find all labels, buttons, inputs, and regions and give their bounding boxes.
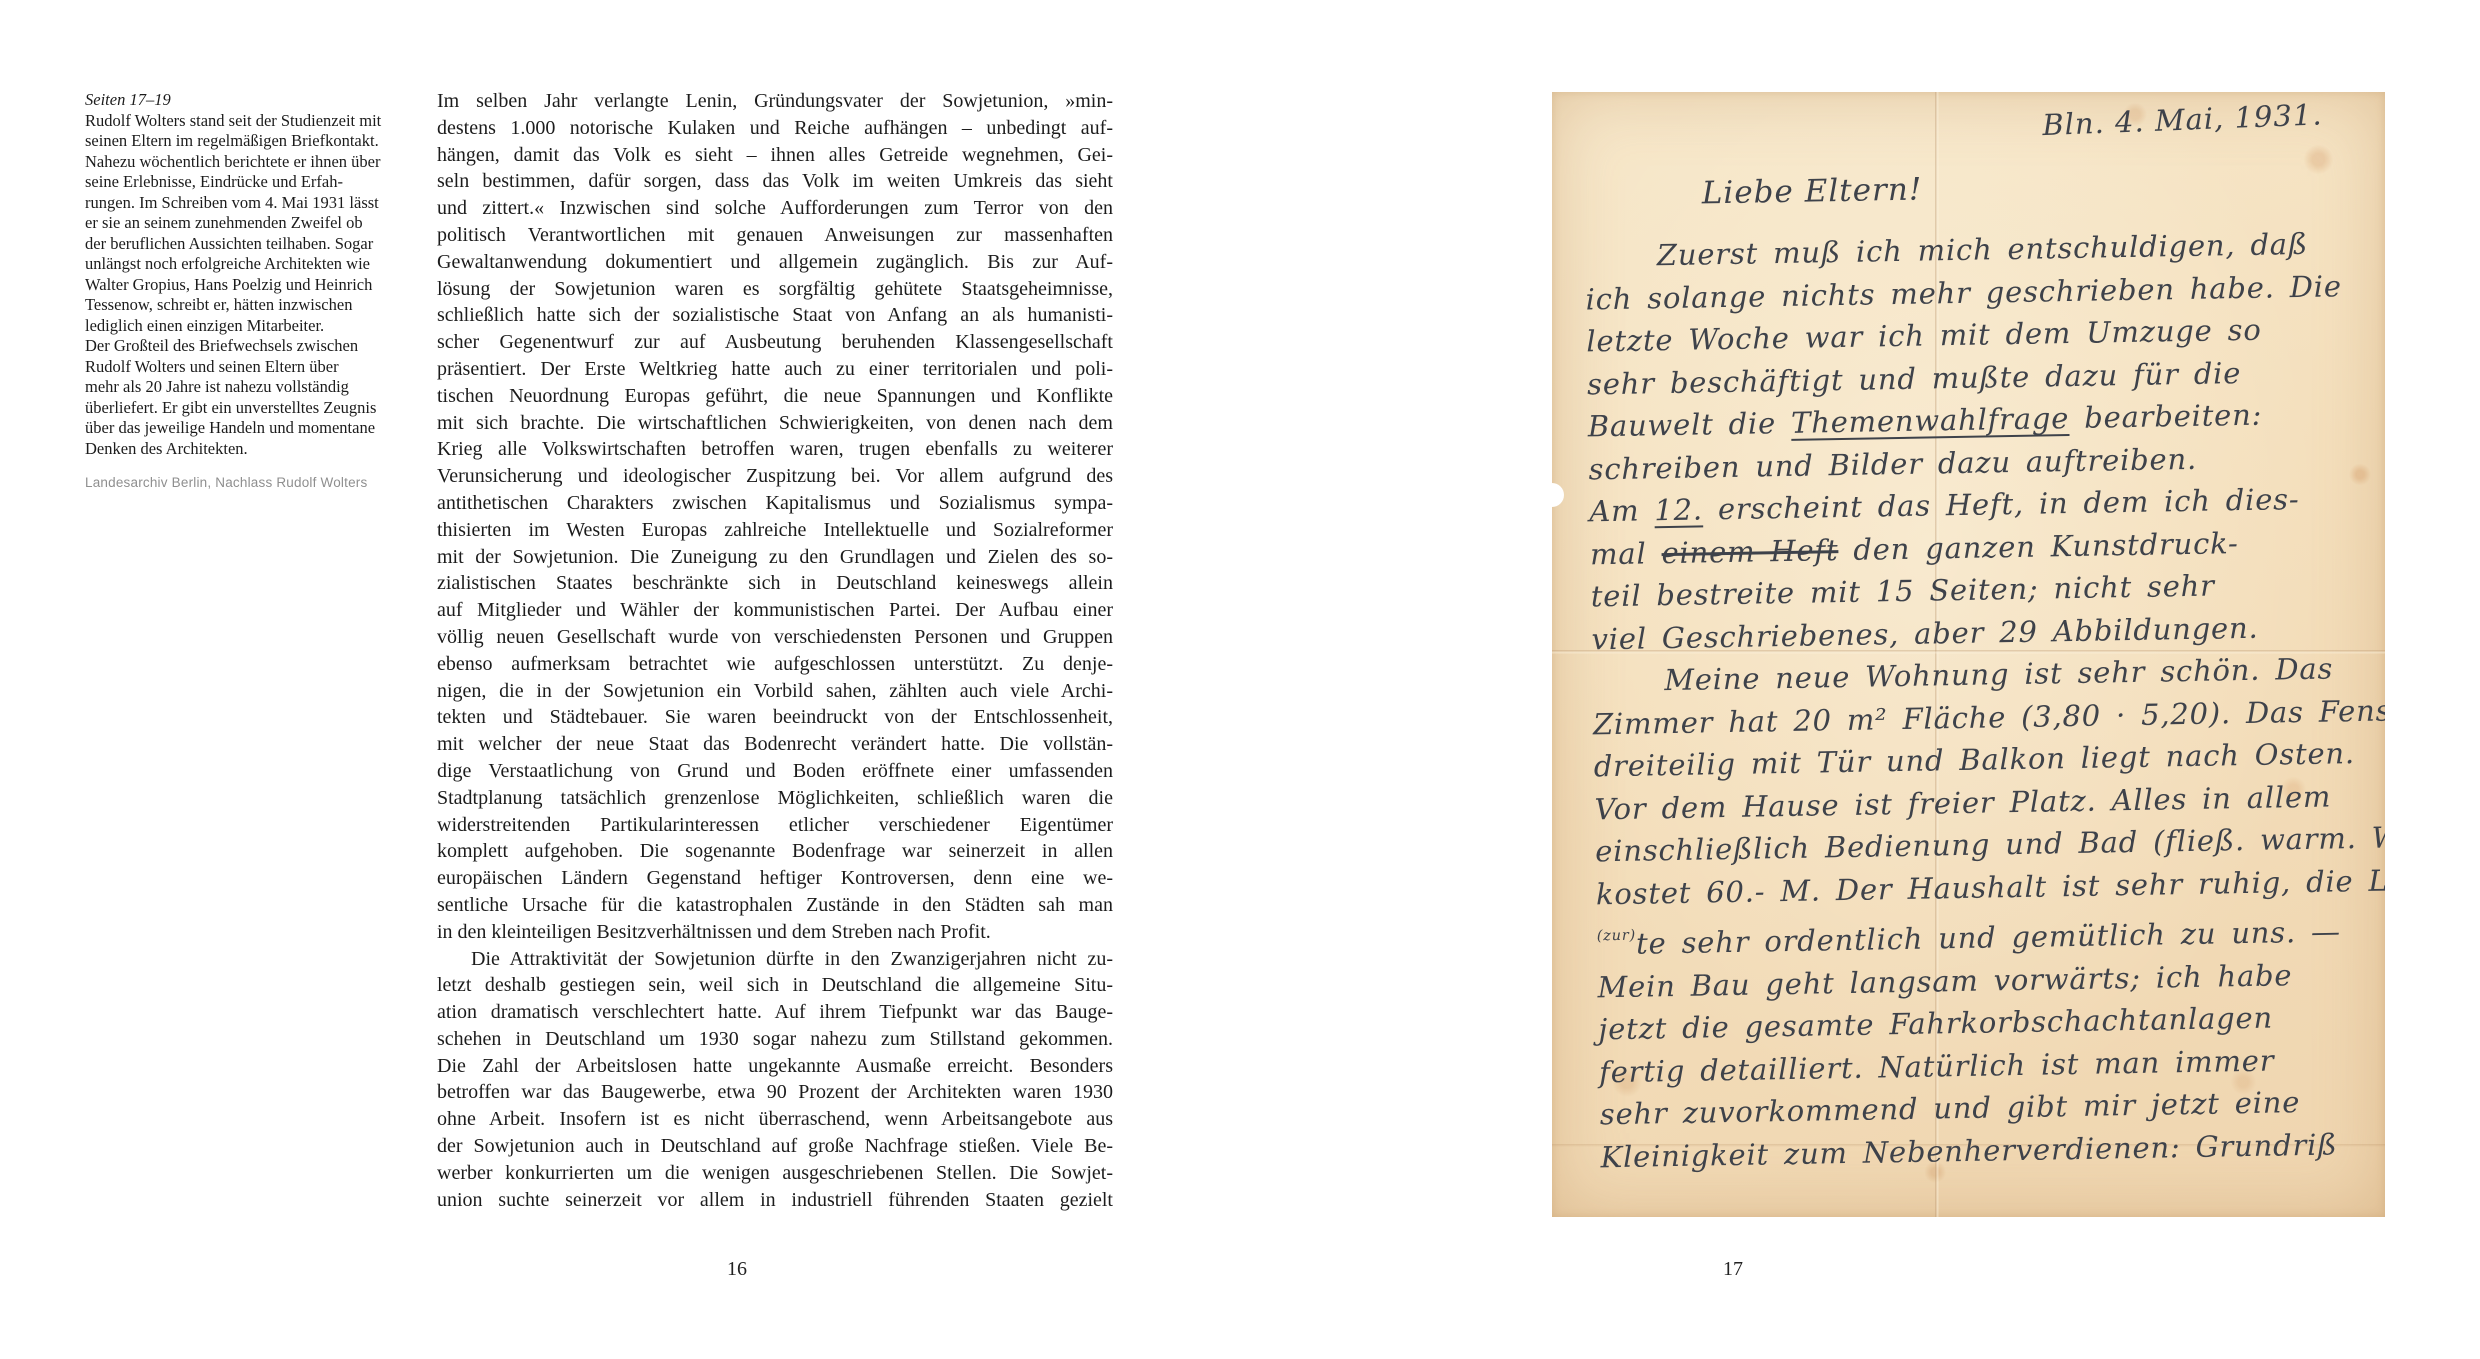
text-line: mit sich brachte. Die wirtschaftlichen S… — [437, 410, 1113, 437]
main-text-column: Im selben Jahr verlangte Lenin, Gründung… — [437, 88, 1113, 1213]
text-line: scher Gegenentwurf zur auf Ausbeutung be… — [437, 329, 1113, 356]
text-line: antithetischen Charakters zwischen Kapit… — [437, 490, 1113, 517]
text-line: seine Erlebnisse, Eindrücke und Erfah- — [85, 172, 430, 193]
text-line: Die Zahl der Arbeitslosen hatte ungekann… — [437, 1053, 1113, 1080]
text-line: lösung der Sowjetunion waren es sorgfält… — [437, 276, 1113, 303]
text-line: über das jeweilige Handeln und momentane — [85, 418, 430, 439]
paragraph-1: Im selben Jahr verlangte Lenin, Gründung… — [437, 88, 1113, 946]
letter-handwriting: Bln. 4. Mai, 1931. Liebe Eltern! Zuerst … — [1552, 92, 2385, 1179]
letter-salutation: Liebe Eltern! — [1701, 164, 2379, 212]
text-line: widerstreitenden Partikularinteressen et… — [437, 812, 1113, 839]
text-line: letzt deshalb gestiegen sein, weil sich … — [437, 972, 1113, 999]
text-line: der Sowjetunion auch in Deutschland auf … — [437, 1133, 1113, 1160]
text-line: tekten und Städtebauer. Sie waren beeind… — [437, 704, 1113, 731]
text-line: Stadtplanung tatsächlich grenzenlose Mög… — [437, 785, 1113, 812]
page-number-left: 16 — [687, 1258, 787, 1281]
text-line: seln bestimmen, dafür sorgen, dass das V… — [437, 168, 1113, 195]
page-number-right: 17 — [1683, 1258, 1783, 1281]
text-line: ohne Arbeit. Insofern ist es nicht überr… — [437, 1106, 1113, 1133]
letter-scan: Bln. 4. Mai, 1931. Liebe Eltern! Zuerst … — [1552, 92, 2385, 1217]
text-line: überliefert. Er gibt ein unverstelltes Z… — [85, 398, 430, 419]
marginal-note-heading: Seiten 17–19 — [85, 90, 430, 111]
text-line: Nahezu wöchentlich berichtete er ihnen ü… — [85, 152, 430, 173]
letter-body: Zuerst muß ich mich entschuldigen, daßic… — [1585, 222, 2385, 1179]
paragraph-2: Die Attraktivität der Sowjetunion dürfte… — [437, 946, 1113, 1214]
marginal-note: Seiten 17–19 Rudolf Wolters stand seit d… — [85, 90, 430, 490]
text-line: nigen, die in der Sowjetunion ein Vorbil… — [437, 678, 1113, 705]
archive-credit: Landesarchiv Berlin, Nachlass Rudolf Wol… — [85, 475, 430, 490]
text-line: Krieg alle Volkswirtschaften betroffen w… — [437, 436, 1113, 463]
text-line: völlig neuen Gesellschaft wurde von vers… — [437, 624, 1113, 651]
text-line: destens 1.000 notorische Kulaken und Rei… — [437, 115, 1113, 142]
text-line: Walter Gropius, Hans Poelzig und Heinric… — [85, 275, 430, 296]
text-line: politisch Verantwortlichen mit genauen A… — [437, 222, 1113, 249]
text-line: Tessenow, schreibt er, hätten inzwischen — [85, 295, 430, 316]
text-line: Der Großteil des Briefwechsels zwischen — [85, 336, 430, 357]
text-line: thisierten im Westen Europas zahlreiche … — [437, 517, 1113, 544]
text-line: schehen in Deutschland um 1930 sogar nah… — [437, 1026, 1113, 1053]
marginal-note-text: Rudolf Wolters stand seit der Studienzei… — [85, 111, 430, 460]
text-line: der beruflichen Aussichten teilhaben. So… — [85, 234, 430, 255]
text-line: Gewaltanwendung dokumentiert und allgeme… — [437, 249, 1113, 276]
text-line: auf Mitglieder und Wähler der kommunisti… — [437, 597, 1113, 624]
text-line: unlängst noch erfolgreiche Architekten w… — [85, 254, 430, 275]
text-line: ation dramatisch verschlechtert hatte. A… — [437, 999, 1113, 1026]
text-line: er sie an seinem zunehmenden Zweifel ob — [85, 213, 430, 234]
text-line: union suchte seinerzeit vor allem in ind… — [437, 1187, 1113, 1214]
text-line: hängen, damit das Volk es sieht – ihnen … — [437, 142, 1113, 169]
text-line: rungen. Im Schreiben vom 4. Mai 1931 läs… — [85, 193, 430, 214]
text-line: Rudolf Wolters stand seit der Studienzei… — [85, 111, 430, 132]
text-line: lediglich einen einzigen Mitarbeiter. — [85, 316, 430, 337]
book-spread: Seiten 17–19 Rudolf Wolters stand seit d… — [0, 0, 2480, 1359]
text-line: betroffen war das Baugewerbe, etwa 90 Pr… — [437, 1079, 1113, 1106]
text-line: mit der Sowjetunion. Die Zuneigung zu de… — [437, 544, 1113, 571]
text-line: Denken des Architekten. — [85, 439, 430, 460]
text-line: ebenso aufmerksam betrachtet wie aufgesc… — [437, 651, 1113, 678]
text-line: europäischen Ländern Gegenstand heftiger… — [437, 865, 1113, 892]
text-line: Verunsicherung und ideologischer Zuspitz… — [437, 463, 1113, 490]
text-line: zialistischen Staates beschränkte sich i… — [437, 570, 1113, 597]
text-line: tischen Neuordnung Europas geführt, die … — [437, 383, 1113, 410]
text-line: sentliche Ursache für die katastrophalen… — [437, 892, 1113, 919]
text-line: in den kleinteiligen Besitzverhältnissen… — [437, 919, 1113, 946]
text-line: dige Verstaatlichung von Grund und Boden… — [437, 758, 1113, 785]
text-line: werber konkurrierten um die wenigen ausg… — [437, 1160, 1113, 1187]
text-line: präsentiert. Der Erste Weltkrieg hatte a… — [437, 356, 1113, 383]
letter-date: Bln. 4. Mai, 1931. — [1582, 95, 2378, 159]
text-line: schließlich hatte sich der sozialistisch… — [437, 302, 1113, 329]
text-line: und zittert.« Inzwischen sind solche Auf… — [437, 195, 1113, 222]
text-line: mehr als 20 Jahre ist nahezu vollständig — [85, 377, 430, 398]
text-line: mit welcher der neue Staat das Bodenrech… — [437, 731, 1113, 758]
text-line: seinen Eltern im regelmäßigen Briefkonta… — [85, 131, 430, 152]
text-line: Im selben Jahr verlangte Lenin, Gründung… — [437, 88, 1113, 115]
text-line: komplett aufgehoben. Die sogenannte Bode… — [437, 838, 1113, 865]
text-line: Rudolf Wolters und seinen Eltern über — [85, 357, 430, 378]
text-line: Die Attraktivität der Sowjetunion dürfte… — [437, 946, 1113, 973]
